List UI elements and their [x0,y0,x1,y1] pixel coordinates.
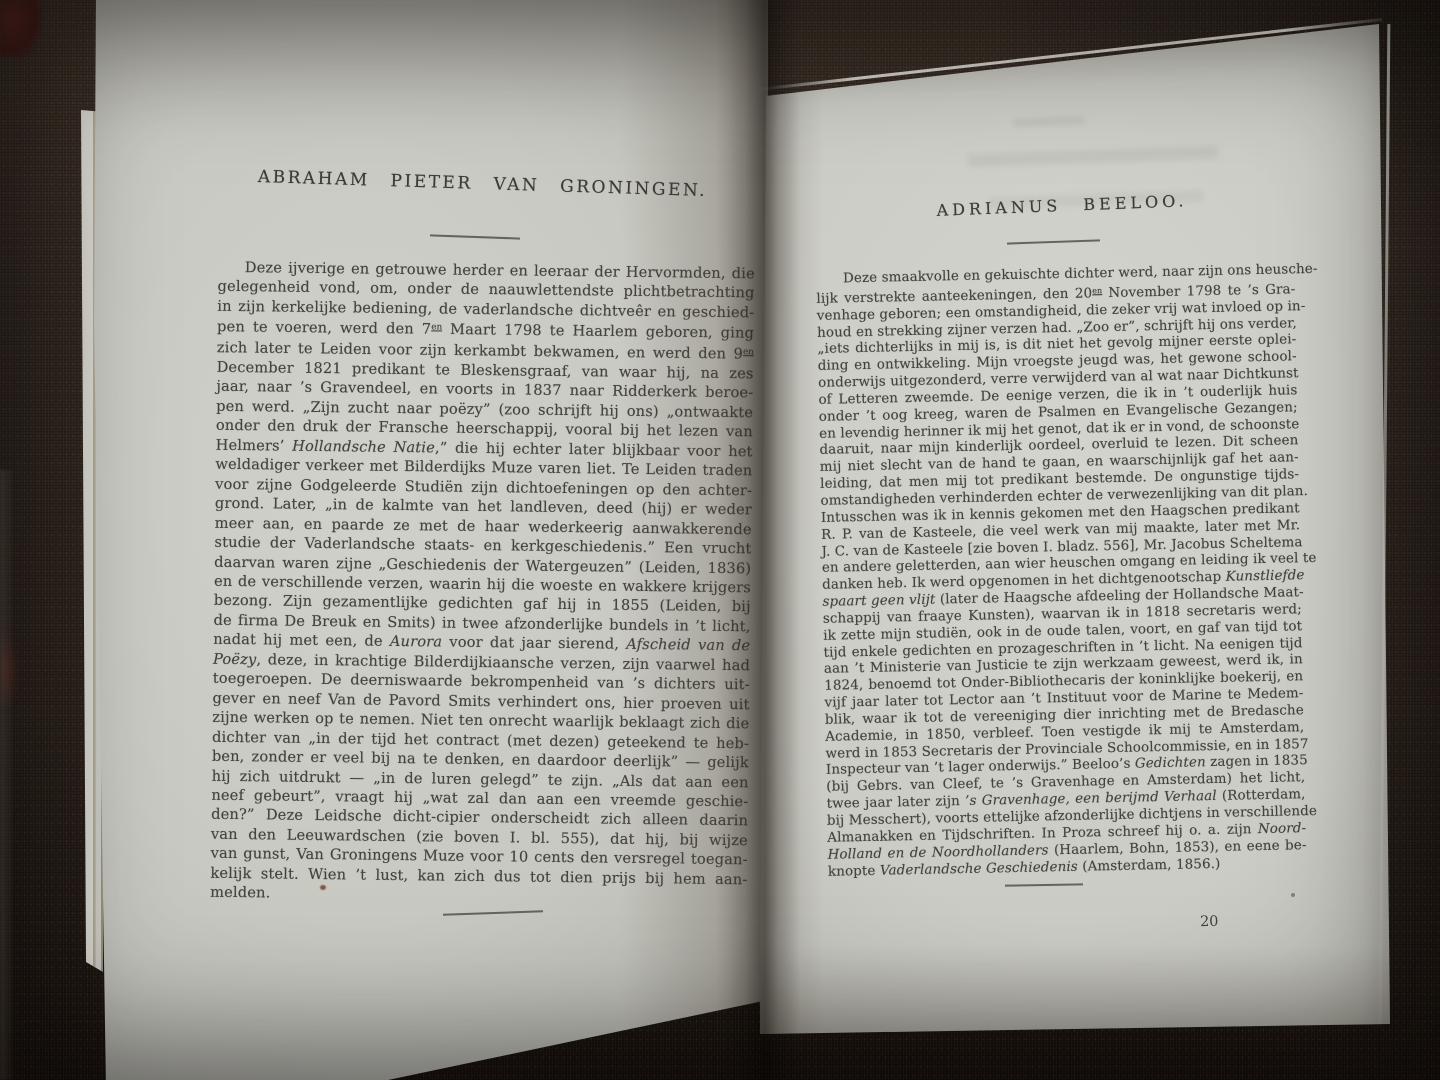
right-page-text: Deze smaakvolle en gekuischte dichter we… [816,262,1307,881]
gutter-shadow [716,0,800,1080]
surface-edge [0,470,13,1080]
red-fabric-patch [0,0,42,58]
left-page-text: Deze ijverige en getrouwe herder en leer… [210,258,755,909]
stain [1291,893,1295,897]
book-photo: ABRAHAM PIETER VAN GRONINGEN. Deze ijver… [0,0,1440,1080]
stain [320,885,326,890]
signature-number: 20 [1200,914,1219,930]
